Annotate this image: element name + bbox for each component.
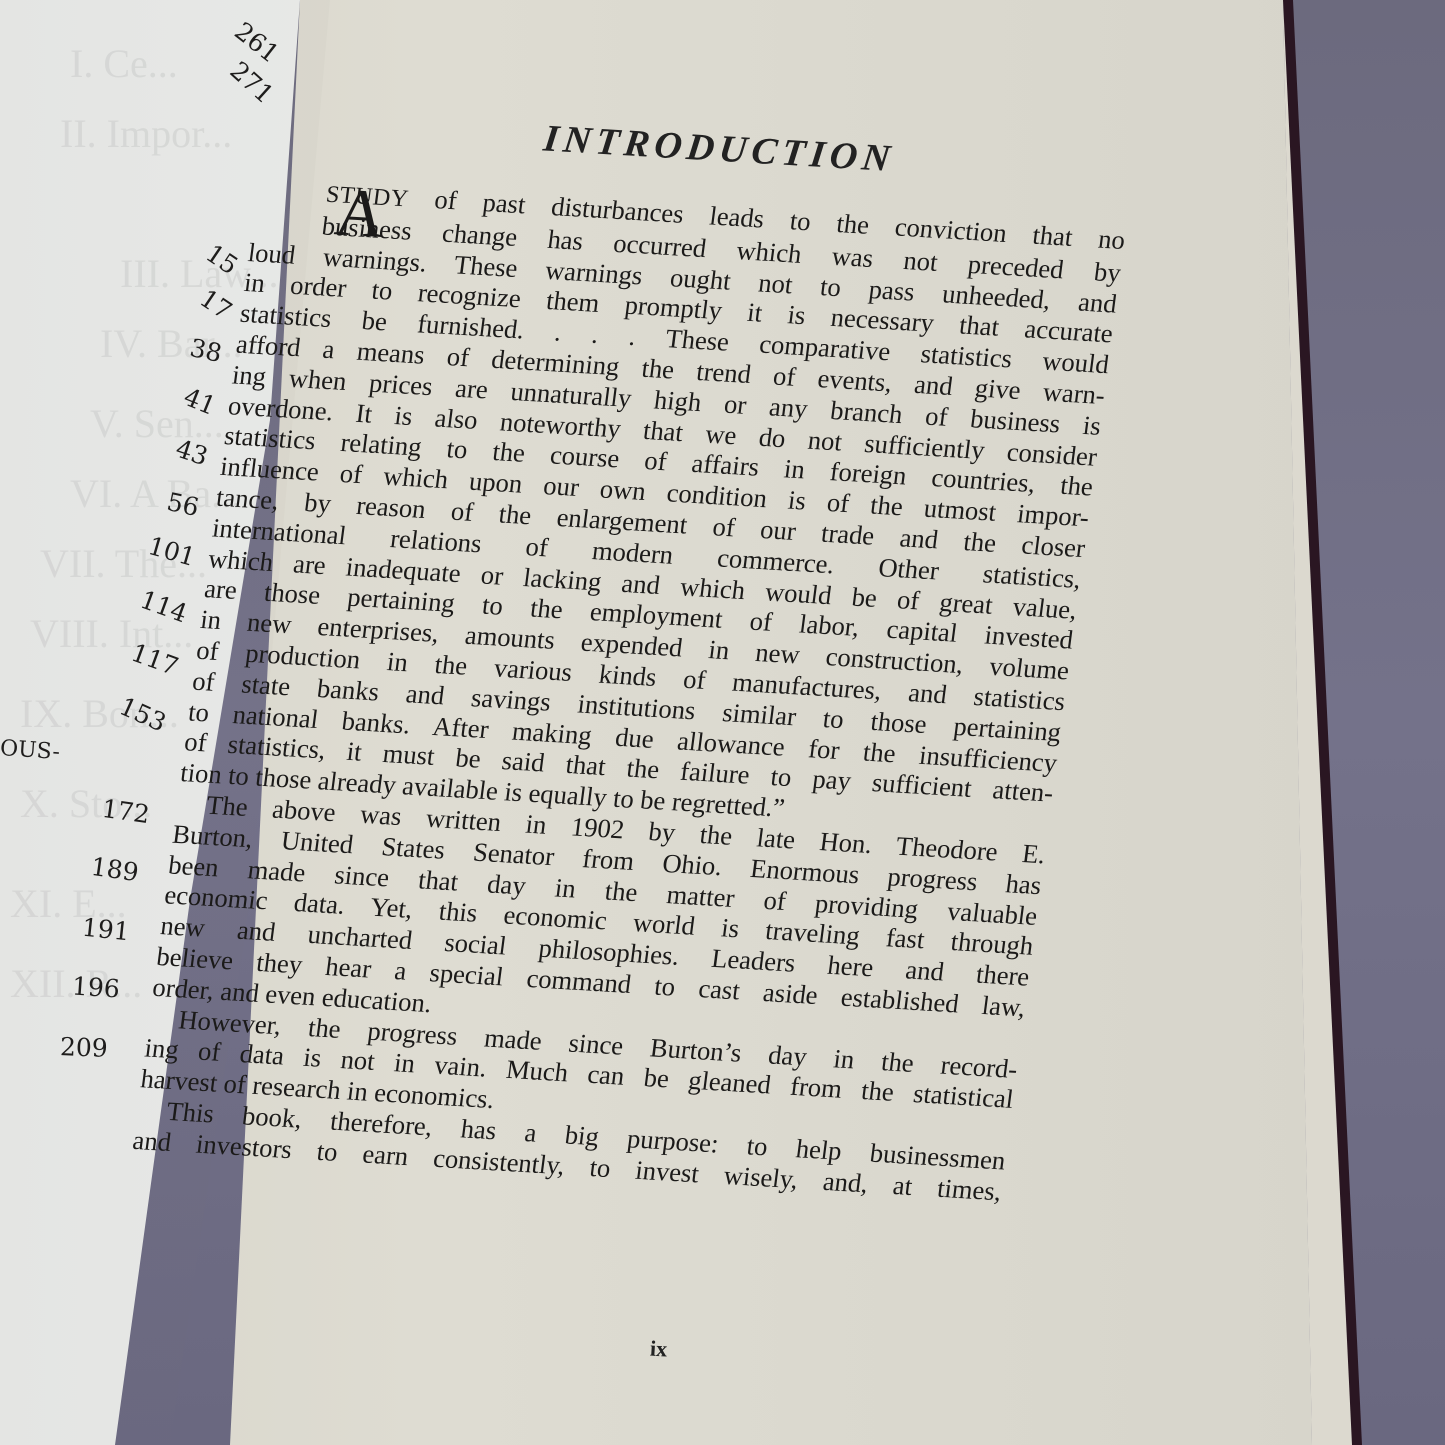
drop-cap: A xyxy=(332,177,390,248)
toc-page-number: 56 xyxy=(164,487,201,522)
toc-page-number: 196 xyxy=(71,971,121,1003)
book-photo: I. Ce... II. Impor... III. Law... IV. Ba… xyxy=(0,0,1445,1445)
toc-page-number: 191 xyxy=(81,913,131,947)
page-body: INTRODUCTION A STUDY of past disturbance… xyxy=(131,100,1137,1207)
toc-page-number: 209 xyxy=(60,1032,109,1063)
toc-page-number: 38 xyxy=(187,333,224,368)
ghost-text: I. Ce... xyxy=(70,40,178,87)
ghost-text: II. Impor... xyxy=(60,110,232,157)
toc-title-fragment: OUS- xyxy=(0,736,61,765)
quote-paragraph: STUDY of past disturbances leads to the … xyxy=(179,174,1127,840)
page-number-folio: ix xyxy=(649,1336,668,1363)
